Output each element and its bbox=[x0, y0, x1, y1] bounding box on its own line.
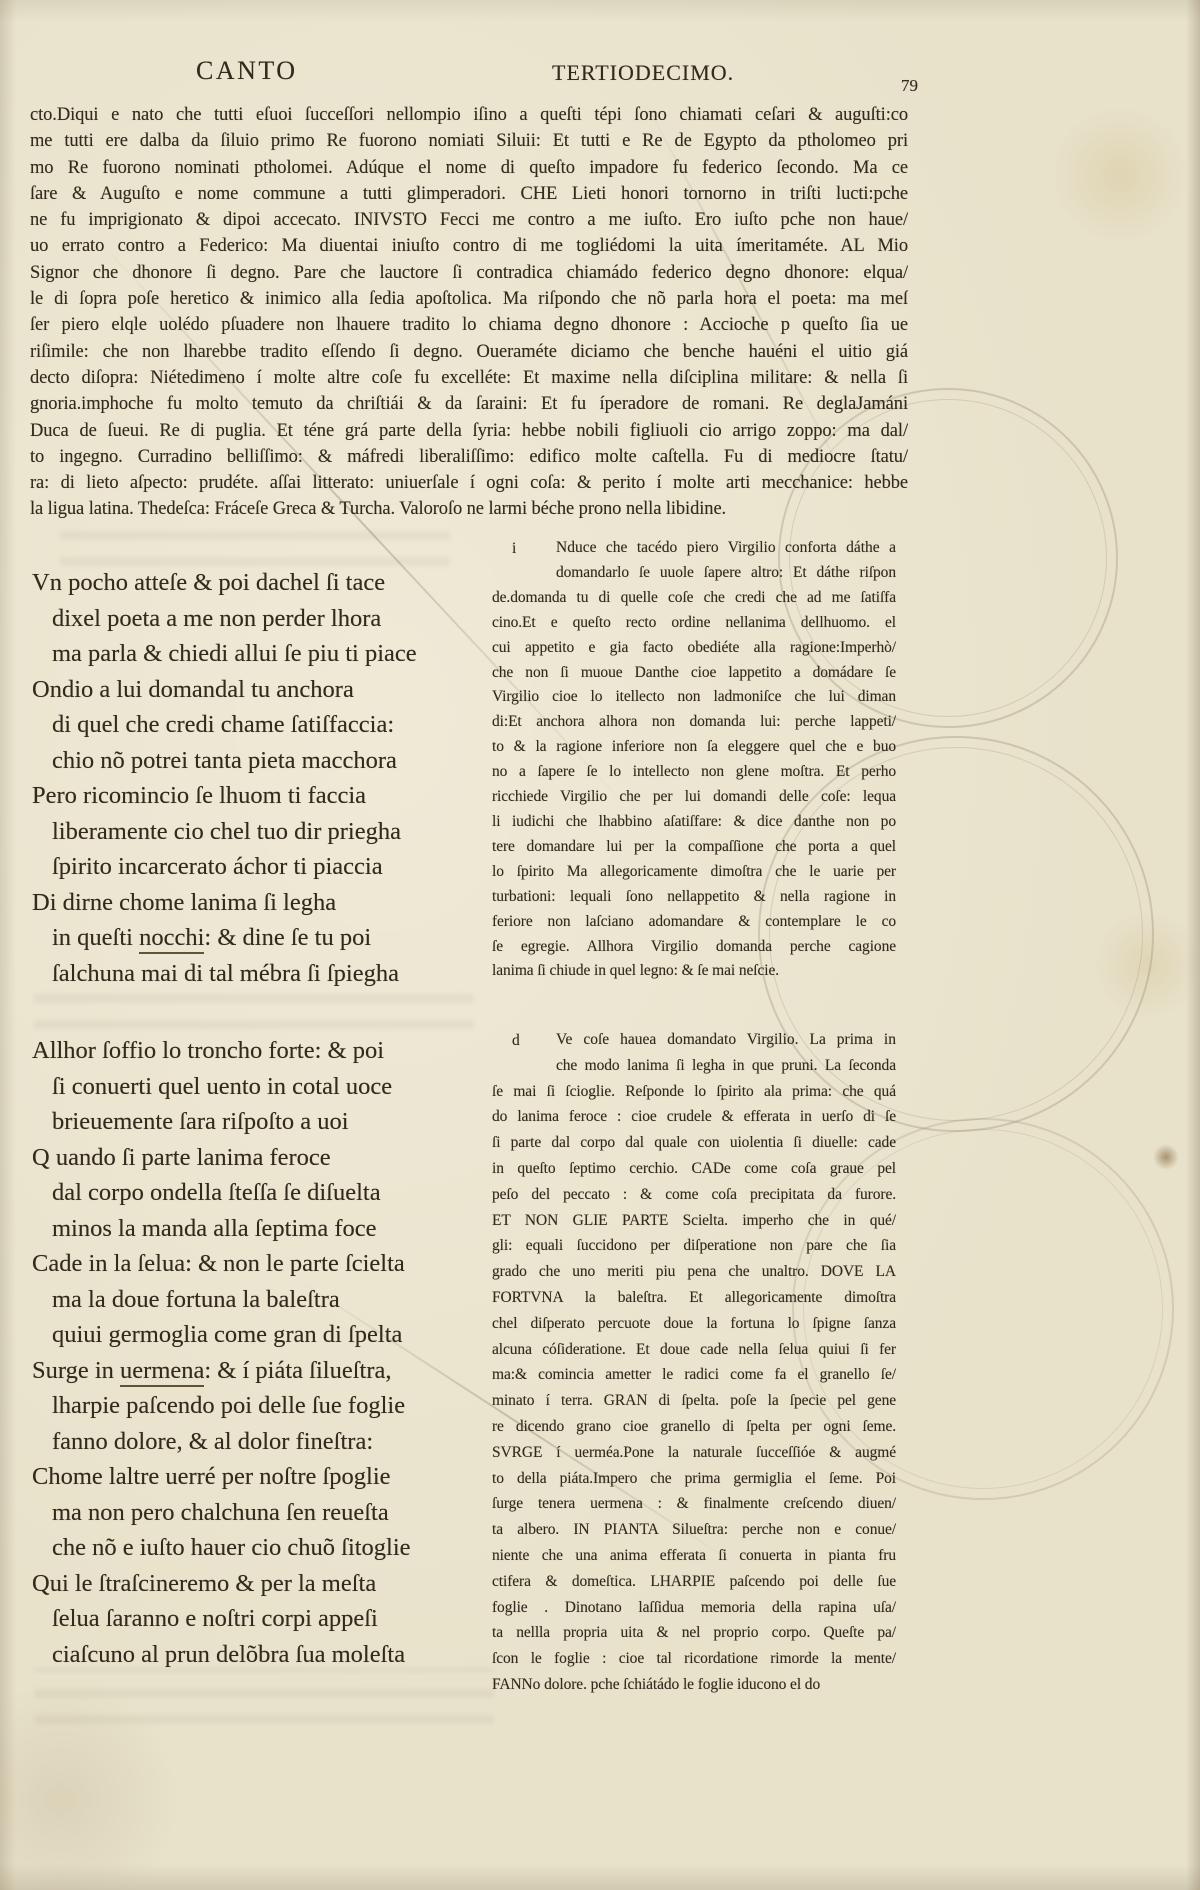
commentary-line: gli: equali ſuccidono per diſperatione n… bbox=[492, 1233, 896, 1259]
commentary-line: ſer piero elqle uolédo pſuadere non lhau… bbox=[30, 312, 908, 338]
verse-line: dixel poeta a me non perder lhora bbox=[32, 601, 484, 637]
verse-line: in queſti nocchi: & dine ſe tu poi bbox=[32, 920, 484, 956]
verse-line: Pero ricomincio ſe lhuom ti faccia bbox=[32, 778, 484, 814]
ink-bleedthrough bbox=[34, 985, 474, 1029]
commentary-line: peſo del peccato : & come coſa precipita… bbox=[492, 1182, 896, 1208]
verse-line: Vn pocho atteſe & poi dachel ſi tace bbox=[32, 565, 484, 601]
commentary-line: feriore non laſciano adomandare & contem… bbox=[492, 910, 896, 935]
commentary-line: FANNo dolore. pche ſchiátádo le foglie i… bbox=[492, 1672, 896, 1698]
verse-line: che nõ e iuſto hauer cio chuõ ſitoglie bbox=[32, 1530, 484, 1566]
verse-line: Chome laltre uerré per noſtre ſpoglie bbox=[32, 1459, 484, 1495]
commentary-line: ſi parte dal corpo dal quale con uiolent… bbox=[492, 1130, 896, 1156]
commentary-line: li iudichi che lhabbino aſatiſfare: & di… bbox=[492, 810, 896, 835]
commentary-opening-line: i Nduce che tacédo piero Virgilio confor… bbox=[492, 536, 896, 561]
verse-line: minos la manda alla ſeptima foce bbox=[32, 1211, 484, 1247]
commentary-line: ne fu imprigionato & dipoi accecato. INI… bbox=[30, 207, 908, 233]
commentary-line: niente che una anima efferata ſi conuert… bbox=[492, 1543, 896, 1569]
commentary-lines: de.domanda tu di quelle coſe che credi c… bbox=[492, 586, 896, 985]
commentary-line: uo errato contro a Federico: Ma diuentai… bbox=[30, 233, 908, 259]
page-number: 79 bbox=[901, 76, 918, 96]
commentary-line: cui appetito e gia facto obediéte alla r… bbox=[492, 636, 896, 661]
verse-line: liberamente cio chel tuo dir priegha bbox=[32, 814, 484, 850]
commentary-line: ctifera & domeſtica. LHARPIE paſcendo po… bbox=[492, 1569, 896, 1595]
commentary-line: chel diſperato percuote doue la fortuna … bbox=[492, 1311, 896, 1337]
ink-underline: nocchi bbox=[139, 924, 204, 954]
commentary-line: Virgilio cioe lo itellecto non ladmoniſc… bbox=[492, 685, 896, 710]
commentary-line: ſurge tenera uermena : & finalmente creſ… bbox=[492, 1491, 896, 1517]
commentary-line: to della piáta.Impero che prima germigli… bbox=[492, 1466, 896, 1492]
verse-line: brieuemente ſara riſpoſto a uoi bbox=[32, 1104, 484, 1140]
verse-line: ſalchuna mai di tal mébra ſi ſpiegha bbox=[32, 956, 484, 992]
running-header-canto: CANTO bbox=[196, 56, 298, 86]
commentary-line: Nduce che tacédo piero Virgilio conforta… bbox=[556, 539, 896, 556]
commentary-line: SVRGE í uerméa.Pone la naturale ſucceſſi… bbox=[492, 1440, 896, 1466]
verse-line: dal corpo ondella ſteſſa ſe diſuelta bbox=[32, 1175, 484, 1211]
commentary-line: FORTVNA la baleſtra. Et allegoricamente … bbox=[492, 1285, 896, 1311]
commentary-line: to ingegno. Curradino belliſſimo: & máfr… bbox=[30, 444, 908, 470]
commentary-line: de.domanda tu di quelle coſe che credi c… bbox=[492, 586, 896, 611]
verse-line: chio nõ potrei tanta pieta macchora bbox=[32, 743, 484, 779]
verse-line: Cade in la ſelua: & non le parte ſcielta bbox=[32, 1246, 484, 1282]
commentary-line: lo ſpirito Ma allegoricamente dimoſtra c… bbox=[492, 860, 896, 885]
commentary-line: ra: di lieto aſpecto: prudéte. aſſai lit… bbox=[30, 470, 908, 496]
commentary-line: ta nellla propria uita & nel proprio cor… bbox=[492, 1620, 896, 1646]
running-header-canto-number: TERTIODECIMO. bbox=[552, 60, 734, 86]
commentary-line: gnoria.imphoche fu molto temuto da chriſ… bbox=[30, 391, 908, 417]
rubricator-guide-letter: d bbox=[512, 1028, 520, 1053]
commentary-line: riſimile: che non lharebbe tradito eſſen… bbox=[30, 339, 908, 365]
commentary-line: do lanima feroce : cioe crudele & effera… bbox=[492, 1104, 896, 1130]
verse-line: ſpirito incarcerato áchor ti piaccia bbox=[32, 849, 484, 885]
commentary-line: cino.Et e queſto recto ordine nellanima … bbox=[492, 611, 896, 636]
book-page: CANTO TERTIODECIMO. 79 cto.Diqui e nato … bbox=[0, 0, 1200, 1890]
verse-line: Qui le ſtraſcineremo & per la meſta bbox=[32, 1566, 484, 1602]
commentary-line: re dicendo grano cioe granello di ſpelta… bbox=[492, 1414, 896, 1440]
commentary-line: ſe mai ſi ſcioglie. Reſponde lo ſpirito … bbox=[492, 1079, 896, 1105]
verse-line: ciaſcuno al prun delõbra ſua moleſta bbox=[32, 1637, 484, 1673]
ink-bleedthrough bbox=[34, 1668, 494, 1724]
rubricator-guide-letter: i bbox=[512, 537, 516, 561]
commentary-line: turbationi: lequali ſono nellappetito & … bbox=[492, 885, 896, 910]
commentary-line: ma:& comincia ametter le radici come fa … bbox=[492, 1362, 896, 1388]
verse-line: di quel che credi chame ſatiſfaccia: bbox=[32, 707, 484, 743]
verse-line: Surge in uermena: & í piáta ſilueſtra, bbox=[32, 1353, 484, 1389]
verse-line: ma non pero chalchuna ſen reueſta bbox=[32, 1495, 484, 1531]
verse-line: Q uando ſi parte lanima feroce bbox=[32, 1140, 484, 1176]
ink-underline: uermena bbox=[120, 1357, 204, 1387]
verse-line: fanno dolore, & al dolor fineſtra: bbox=[32, 1424, 484, 1460]
verse-line: ſelua ſaranno e noſtri corpi appeſi bbox=[32, 1601, 484, 1637]
commentary-line: alcuna cóſideratione. Et doue cade nella… bbox=[492, 1337, 896, 1363]
verse-line: Allhor ſoffio lo troncho forte: & poi bbox=[32, 1033, 484, 1069]
commentary-line: di:Et anchora alhora non domanda lui: pe… bbox=[492, 710, 896, 735]
commentary-line: to & la ragione inferiore non ſa elegger… bbox=[492, 735, 896, 760]
verse-line: ma parla & chiedi allui ſe piu ti piace bbox=[32, 636, 484, 672]
verse-line: lharpie paſcendo poi delle ſue foglie bbox=[32, 1388, 484, 1424]
verse-stanza-1: Vn pocho atteſe & poi dachel ſi tacedixe… bbox=[32, 565, 484, 991]
commentary-line: grado che uno meriti piu pena che unaltr… bbox=[492, 1259, 896, 1285]
commentary-line: la ligua latina. Thedeſca: Fráceſe Greca… bbox=[30, 496, 908, 522]
commentary-line: le di ſopra poſe heretico & inimico alla… bbox=[30, 286, 908, 312]
commentary-line: ſcon le foglie : cioe tal ricordatione r… bbox=[492, 1646, 896, 1672]
commentary-line: ricchiede Virgilio che per lui domandi d… bbox=[492, 785, 896, 810]
verse-line: Ondio a lui domandal tu anchora bbox=[32, 672, 484, 708]
commentary-line: Ve coſe hauea domandato Virgilio. La pri… bbox=[556, 1031, 896, 1048]
commentary-line: lanima ſi chiude in quel legno: & ſe mai… bbox=[492, 959, 896, 984]
commentary-line: ET NON GLIE PARTE Scielta. imperho che i… bbox=[492, 1208, 896, 1234]
commentary-line: tere domandare lui per la compaſſione ch… bbox=[492, 835, 896, 860]
commentary-line: che non ſi muoue Danthe cioe lappetito a… bbox=[492, 661, 896, 686]
commentary-line: me tutti ere dalba da ſiluio primo Re fu… bbox=[30, 128, 908, 154]
commentary-line: mo Re fuorono nominati ptholomei. Adúque… bbox=[30, 155, 908, 181]
prose-commentary-top-block: cto.Diqui e nato che tutti eſuoi ſucceſſ… bbox=[30, 102, 908, 523]
commentary-line: ſare & Auguſto e nome commune a tutti gl… bbox=[30, 181, 908, 207]
commentary-line: ſe egregie. Allhora Virgilio domanda per… bbox=[492, 935, 896, 960]
commentary-line: minato í terra. GRAN di ſpelta. poſe la … bbox=[492, 1388, 896, 1414]
commentary-line: Duca de ſueui. Re di puglia. Et téne grá… bbox=[30, 418, 908, 444]
commentary-line: cto.Diqui e nato che tutti eſuoi ſucceſſ… bbox=[30, 102, 908, 128]
commentary-line: che modo lanima ſi legha in que pruni. L… bbox=[492, 1053, 896, 1079]
commentary-lines: ſe mai ſi ſcioglie. Reſponde lo ſpirito … bbox=[492, 1079, 896, 1698]
commentary-line: in queſto ſeptimo cerchio. CADe come coſ… bbox=[492, 1156, 896, 1182]
commentary-line: Signor che dhonore ſi degno. Pare che la… bbox=[30, 260, 908, 286]
verse-line: Di dirne chome lanima ſi legha bbox=[32, 885, 484, 921]
commentary-line: ta albero. IN PIANTA Silueſtra: perche n… bbox=[492, 1517, 896, 1543]
verse-line: quiui germoglia come gran di ſpelta bbox=[32, 1317, 484, 1353]
verse-line: ma la doue fortuna la baleſtra bbox=[32, 1282, 484, 1318]
commentary-line: foglie . Dinotano laſſidua memoria della… bbox=[492, 1595, 896, 1621]
ink-bleedthrough bbox=[60, 528, 450, 566]
commentary-line: decto diſopra: Niétedimeno í molte altre… bbox=[30, 365, 908, 391]
verse-stanza-2: Allhor ſoffio lo troncho forte: & poiſi … bbox=[32, 1033, 484, 1672]
verse-line: ſi conuerti quel uento in cotal uoce bbox=[32, 1069, 484, 1105]
commentary-line: domandarlo ſe uuole ſapere altro: Et dát… bbox=[492, 561, 896, 586]
commentary-line: no a ſapere ſe lo intellecto non glene m… bbox=[492, 760, 896, 785]
commentary-block-2: d Ve coſe hauea domandato Virgilio. La p… bbox=[492, 1027, 896, 1698]
commentary-opening-line: d Ve coſe hauea domandato Virgilio. La p… bbox=[492, 1027, 896, 1053]
commentary-block-1: i Nduce che tacédo piero Virgilio confor… bbox=[492, 536, 896, 984]
